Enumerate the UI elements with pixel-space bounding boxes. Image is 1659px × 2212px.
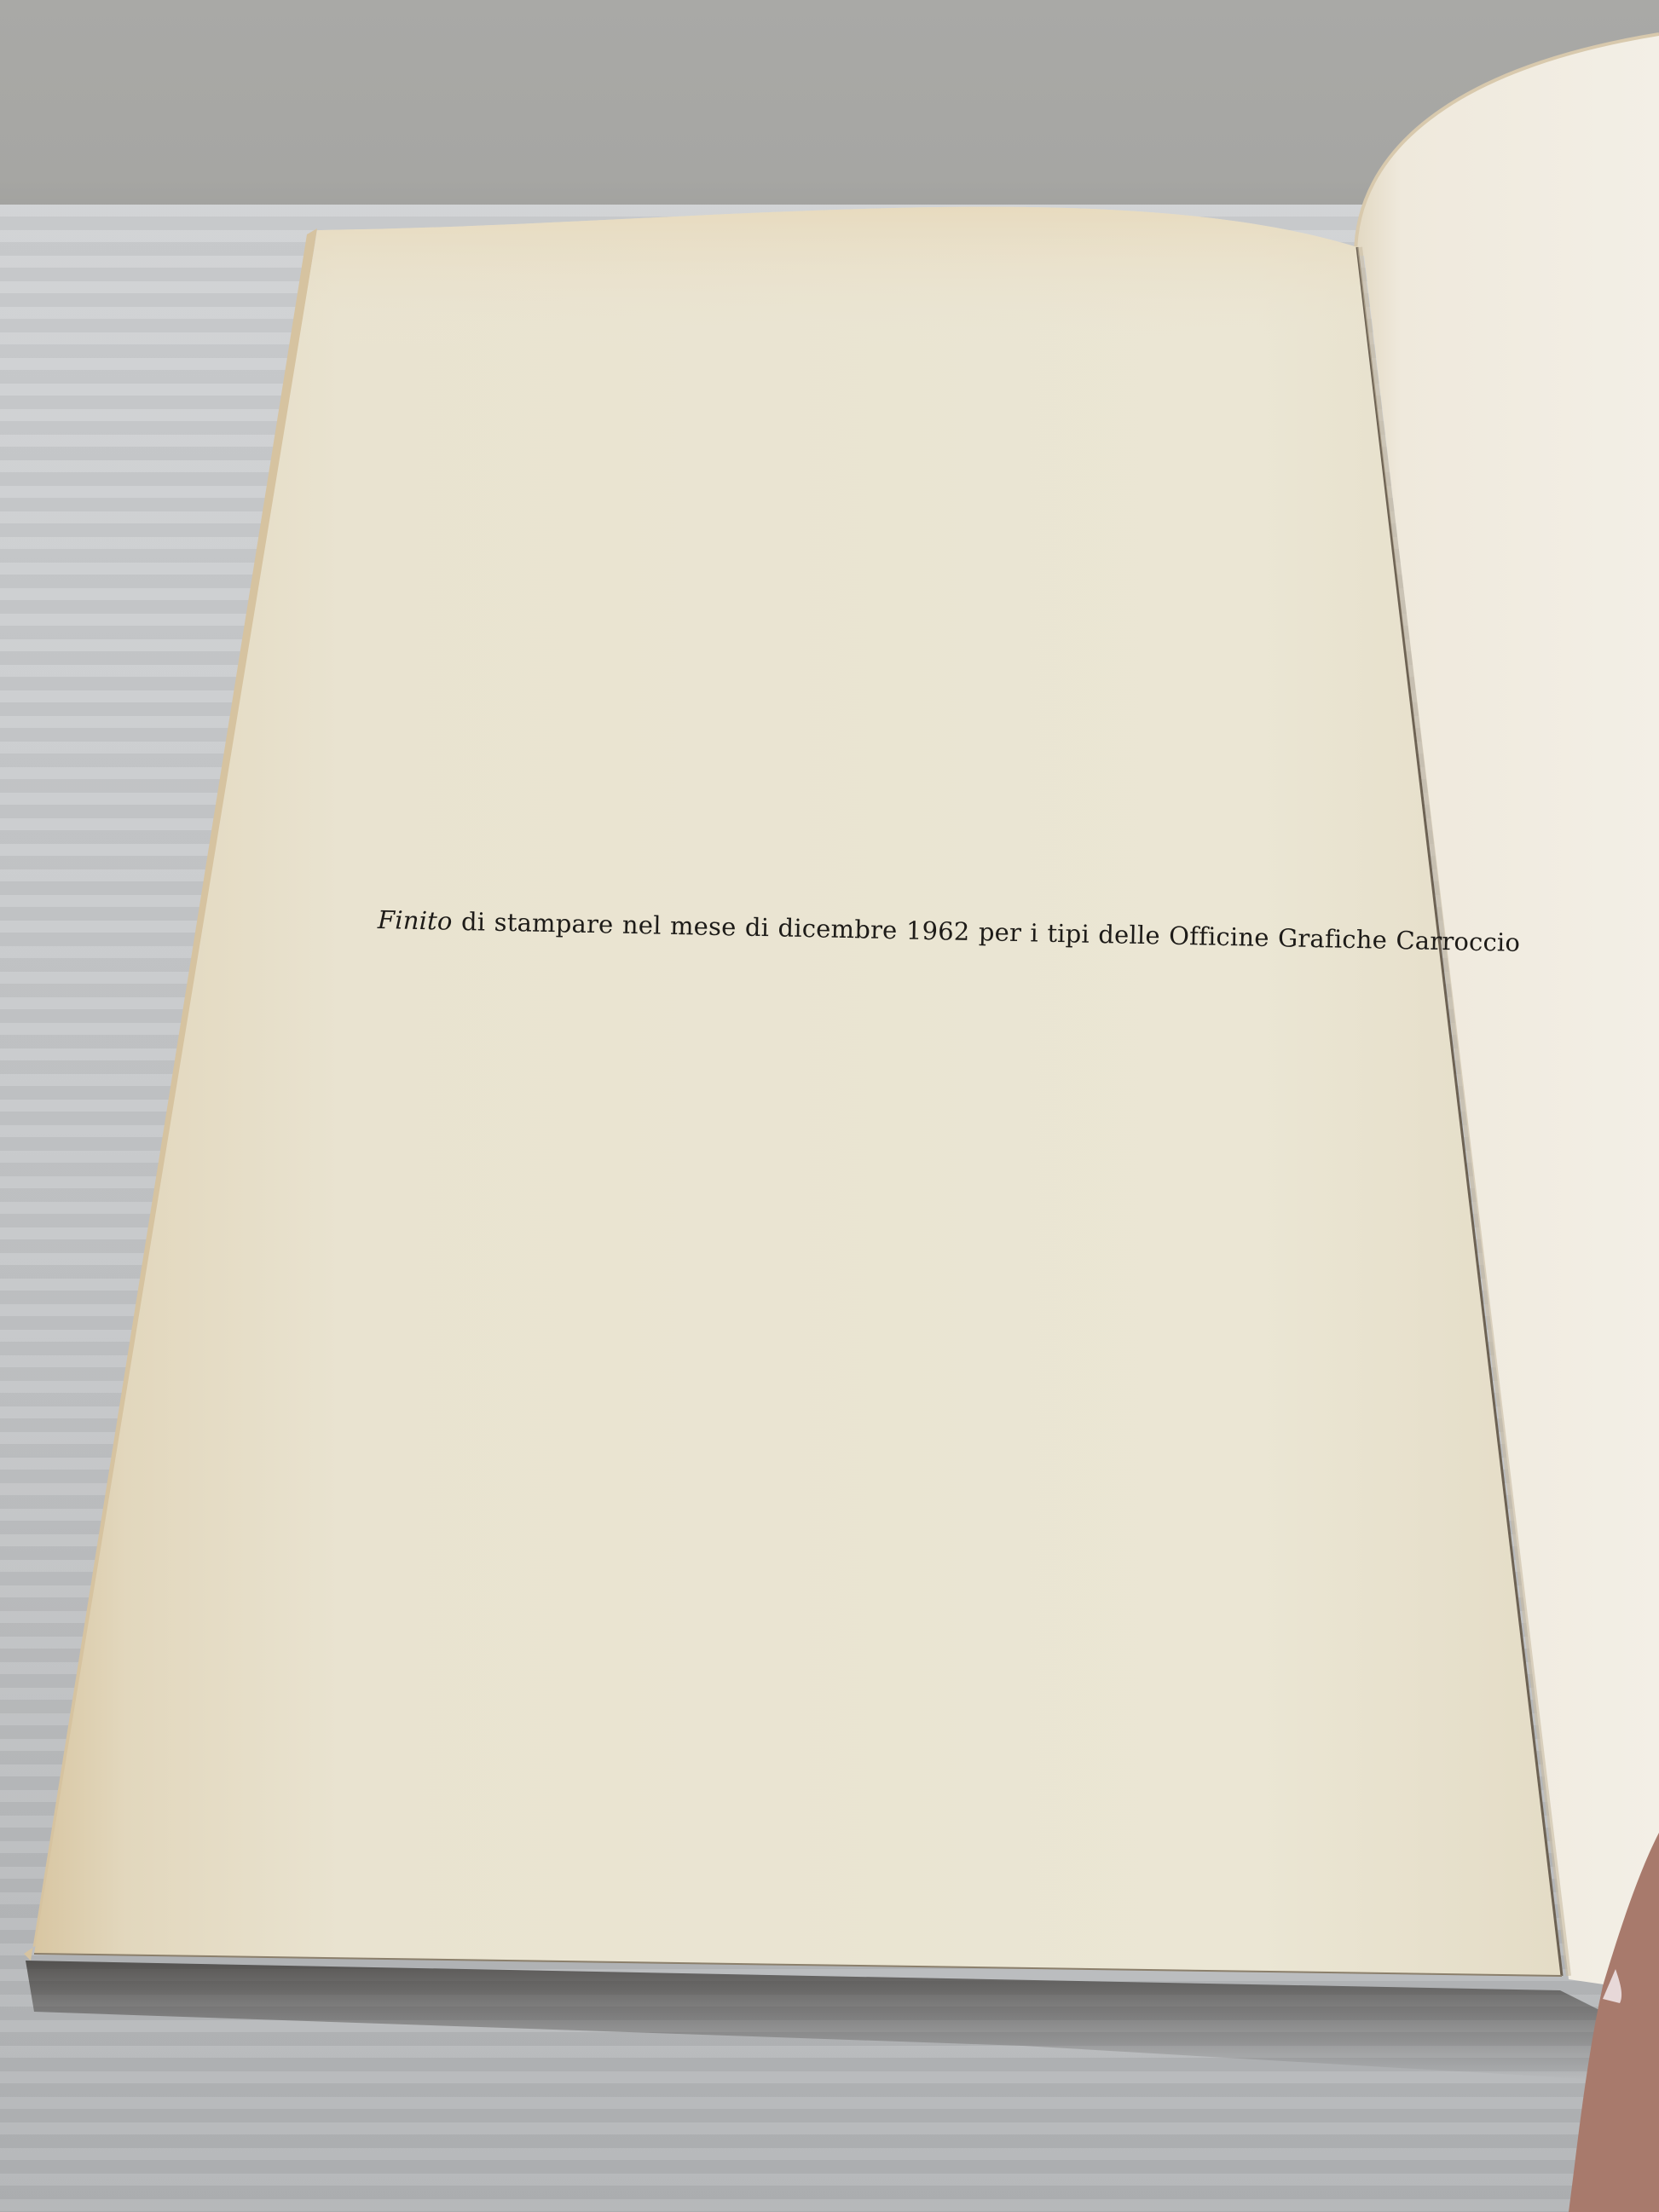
colophon-lead: Finito: [378, 905, 453, 936]
open-book: [0, 0, 1659, 2212]
book-shadow: [26, 1961, 1620, 2080]
photo-scene: Finito di stampare nel mese di dicembre …: [0, 0, 1659, 2212]
